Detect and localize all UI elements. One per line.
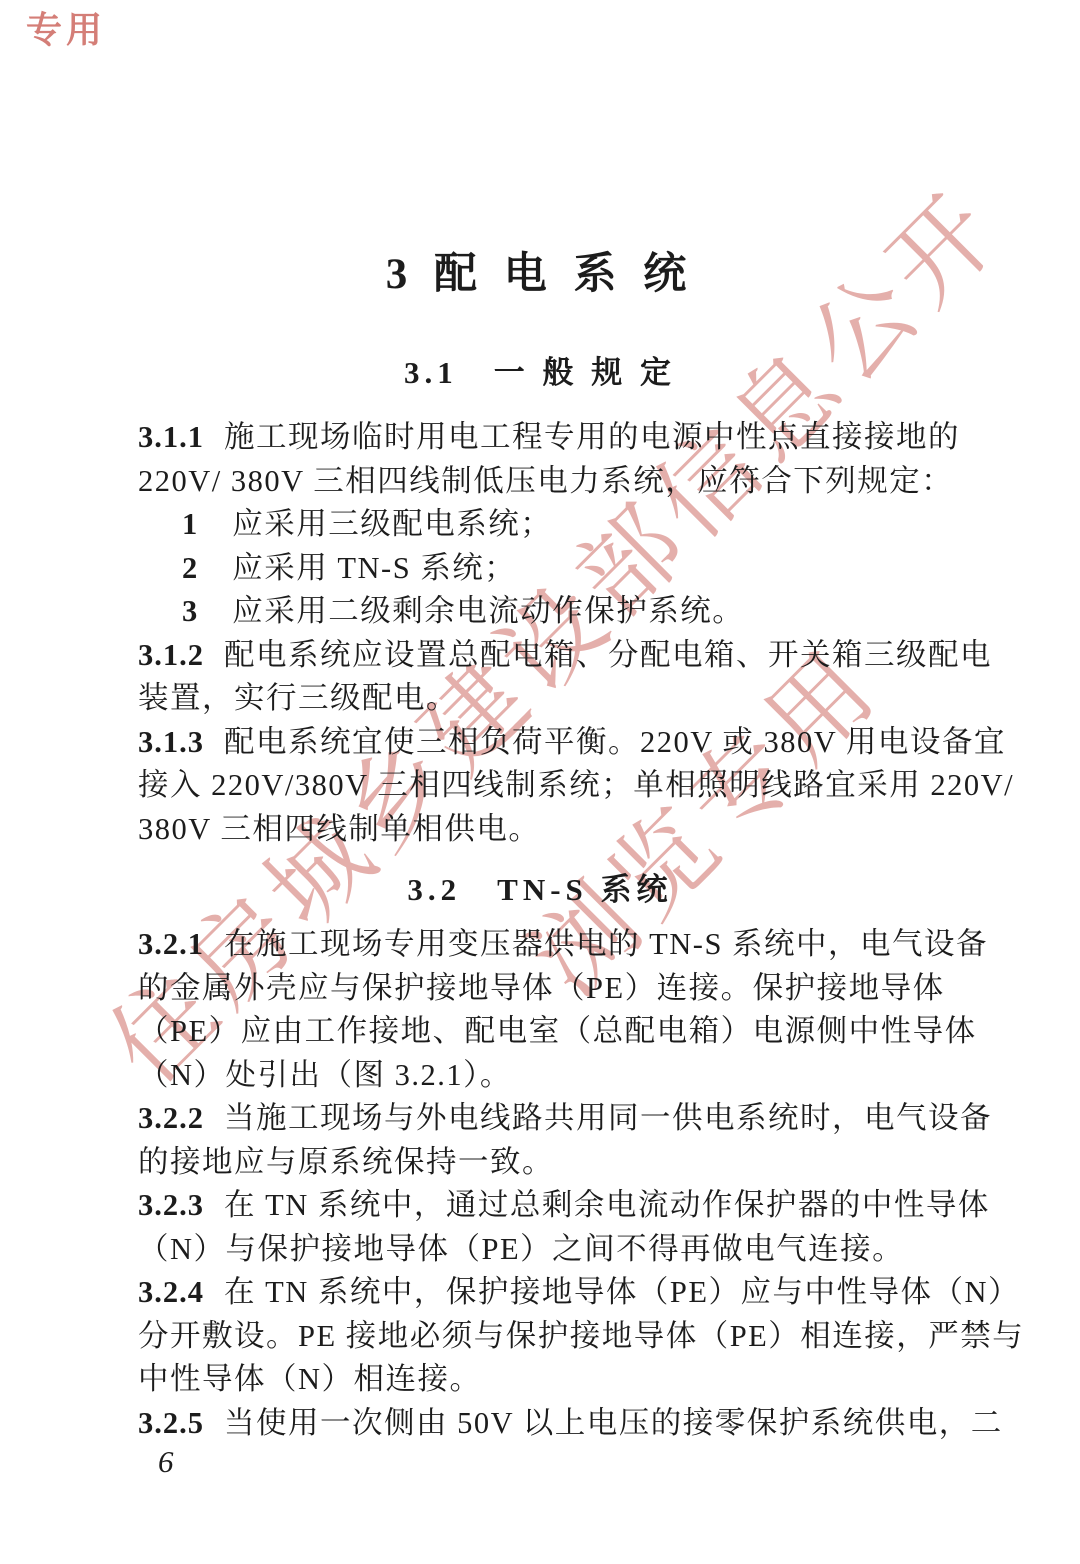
body-line: 3.1.1施工现场临时用电工程专用的电源中性点直接接地的 — [138, 416, 942, 460]
clause-text: 380V 三相四线制单相供电。 — [138, 812, 540, 846]
body-line: 3.1.2配电系统应设置总配电箱、分配电箱、开关箱三级配电 — [138, 634, 942, 678]
body-line: 的金属外壳应与保护接地导体（PE）连接。保护接地导体 — [138, 967, 942, 1011]
body-line: 380V 三相四线制单相供电。 — [138, 808, 942, 852]
body-line: （PE）应由工作接地、配电室（总配电箱）电源侧中性导体 — [138, 1010, 942, 1054]
body-line: 中性导体（N）相连接。 — [138, 1358, 942, 1402]
clause-text: 当施工现场与外电线路共用同一供电系统时，电气设备 — [224, 1101, 992, 1135]
clause-text: 配电系统应设置总配电箱、分配电箱、开关箱三级配电 — [224, 638, 992, 672]
body-line: 3.2.1在施工现场专用变压器供电的 TN-S 系统中，电气设备 — [138, 923, 942, 967]
clause-number: 2 — [182, 551, 198, 585]
body-line: 的接地应与原系统保持一致。 — [138, 1141, 942, 1185]
clause-number: 3.2.1 — [138, 927, 204, 961]
clause-text: 在 TN 系统中，保护接地导体（PE）应与中性导体（N） — [224, 1275, 1020, 1309]
body-line: 装置，实行三级配电。 — [138, 677, 942, 721]
section-3-2-body: 3.2.1在施工现场专用变压器供电的 TN-S 系统中，电气设备 的金属外壳应与… — [138, 923, 942, 1445]
clause-text: 中性导体（N）相连接。 — [138, 1362, 482, 1396]
page-number: 6 — [158, 1444, 174, 1480]
clause-number: 3.1.3 — [138, 725, 204, 759]
body-line: （N）处引出（图 3.2.1）。 — [138, 1054, 942, 1098]
body-line: 220V/ 380V 三相四线制低压电力系统，应符合下列规定： — [138, 460, 942, 504]
body-line: 3.2.2当施工现场与外电线路共用同一供电系统时，电气设备 — [138, 1097, 942, 1141]
body-line: 3.2.3在 TN 系统中，通过总剩余电流动作保护器的中性导体 — [138, 1184, 942, 1228]
clause-number: 3.1.2 — [138, 638, 204, 672]
document-content: 3 配 电 系 统 3.1 一 般 规 定 3.1.1施工现场临时用电工程专用的… — [0, 0, 1080, 1564]
clause-text: 应采用二级剩余电流动作保护系统。 — [232, 594, 744, 628]
clause-number: 3.2.4 — [138, 1275, 204, 1309]
clause-text: 应采用 TN-S 系统； — [232, 551, 516, 585]
body-line: 2应采用 TN-S 系统； — [138, 547, 942, 591]
clause-text: 220V/ 380V 三相四线制低压电力系统，应符合下列规定： — [138, 464, 953, 498]
body-line: 3.1.3配电系统宜使三相负荷平衡。220V 或 380V 用电设备宜 — [138, 721, 942, 765]
clause-text: 分开敷设。PE 接地必须与保护接地导体（PE）相连接，严禁与 — [138, 1319, 1024, 1353]
clause-text: 应采用三级配电系统； — [232, 507, 552, 541]
section-heading-3-2: 3.2 TN-S 系统 — [0, 873, 1080, 907]
body-line: 3.2.5当使用一次侧由 50V 以上电压的接零保护系统供电，二 — [138, 1402, 942, 1446]
body-line: 1应采用三级配电系统； — [138, 503, 942, 547]
clause-text: 当使用一次侧由 50V 以上电压的接零保护系统供电，二 — [224, 1406, 1003, 1440]
chapter-title: 3 配 电 系 统 — [0, 0, 1080, 300]
clause-text: 接入 220V/380V 三相四线制系统；单相照明线路宜采用 220V/ — [138, 768, 1014, 802]
clause-text: 在 TN 系统中，通过总剩余电流动作保护器的中性导体 — [224, 1188, 990, 1222]
body-line: 接入 220V/380V 三相四线制系统；单相照明线路宜采用 220V/ — [138, 764, 942, 808]
body-line: （N）与保护接地导体（PE）之间不得再做电气连接。 — [138, 1228, 942, 1272]
section-heading-3-1: 3.1 一 般 规 定 — [0, 356, 1080, 390]
clause-text: （PE）应由工作接地、配电室（总配电箱）电源侧中性导体 — [138, 1014, 977, 1048]
clause-text: （N）处引出（图 3.2.1）。 — [138, 1058, 512, 1092]
clause-text: （N）与保护接地导体（PE）之间不得再做电气连接。 — [138, 1232, 904, 1266]
clause-text: 的金属外壳应与保护接地导体（PE）连接。保护接地导体 — [138, 971, 945, 1005]
body-line: 3.2.4在 TN 系统中，保护接地导体（PE）应与中性导体（N） — [138, 1271, 942, 1315]
clause-number: 3.1.1 — [138, 420, 204, 454]
clause-text: 的接地应与原系统保持一致。 — [138, 1145, 554, 1179]
clause-text: 施工现场临时用电工程专用的电源中性点直接接地的 — [224, 420, 960, 454]
clause-text: 在施工现场专用变压器供电的 TN-S 系统中，电气设备 — [224, 927, 988, 961]
clause-number: 3.2.3 — [138, 1188, 204, 1222]
clause-text: 装置，实行三级配电。 — [138, 681, 458, 715]
clause-number: 3 — [182, 594, 198, 628]
document-page: 住房城乡建设部信息公开 浏览专用 专用 3 配 电 系 统 3.1 一 般 规 … — [0, 0, 1080, 1564]
clause-number: 3.2.2 — [138, 1101, 204, 1135]
body-line: 3应采用二级剩余电流动作保护系统。 — [138, 590, 942, 634]
clause-number: 1 — [182, 507, 198, 541]
section-3-1-body: 3.1.1施工现场临时用电工程专用的电源中性点直接接地的 220V/ 380V … — [138, 416, 942, 851]
clause-text: 配电系统宜使三相负荷平衡。220V 或 380V 用电设备宜 — [224, 725, 1006, 759]
body-line: 分开敷设。PE 接地必须与保护接地导体（PE）相连接，严禁与 — [138, 1315, 942, 1359]
clause-number: 3.2.5 — [138, 1406, 204, 1440]
